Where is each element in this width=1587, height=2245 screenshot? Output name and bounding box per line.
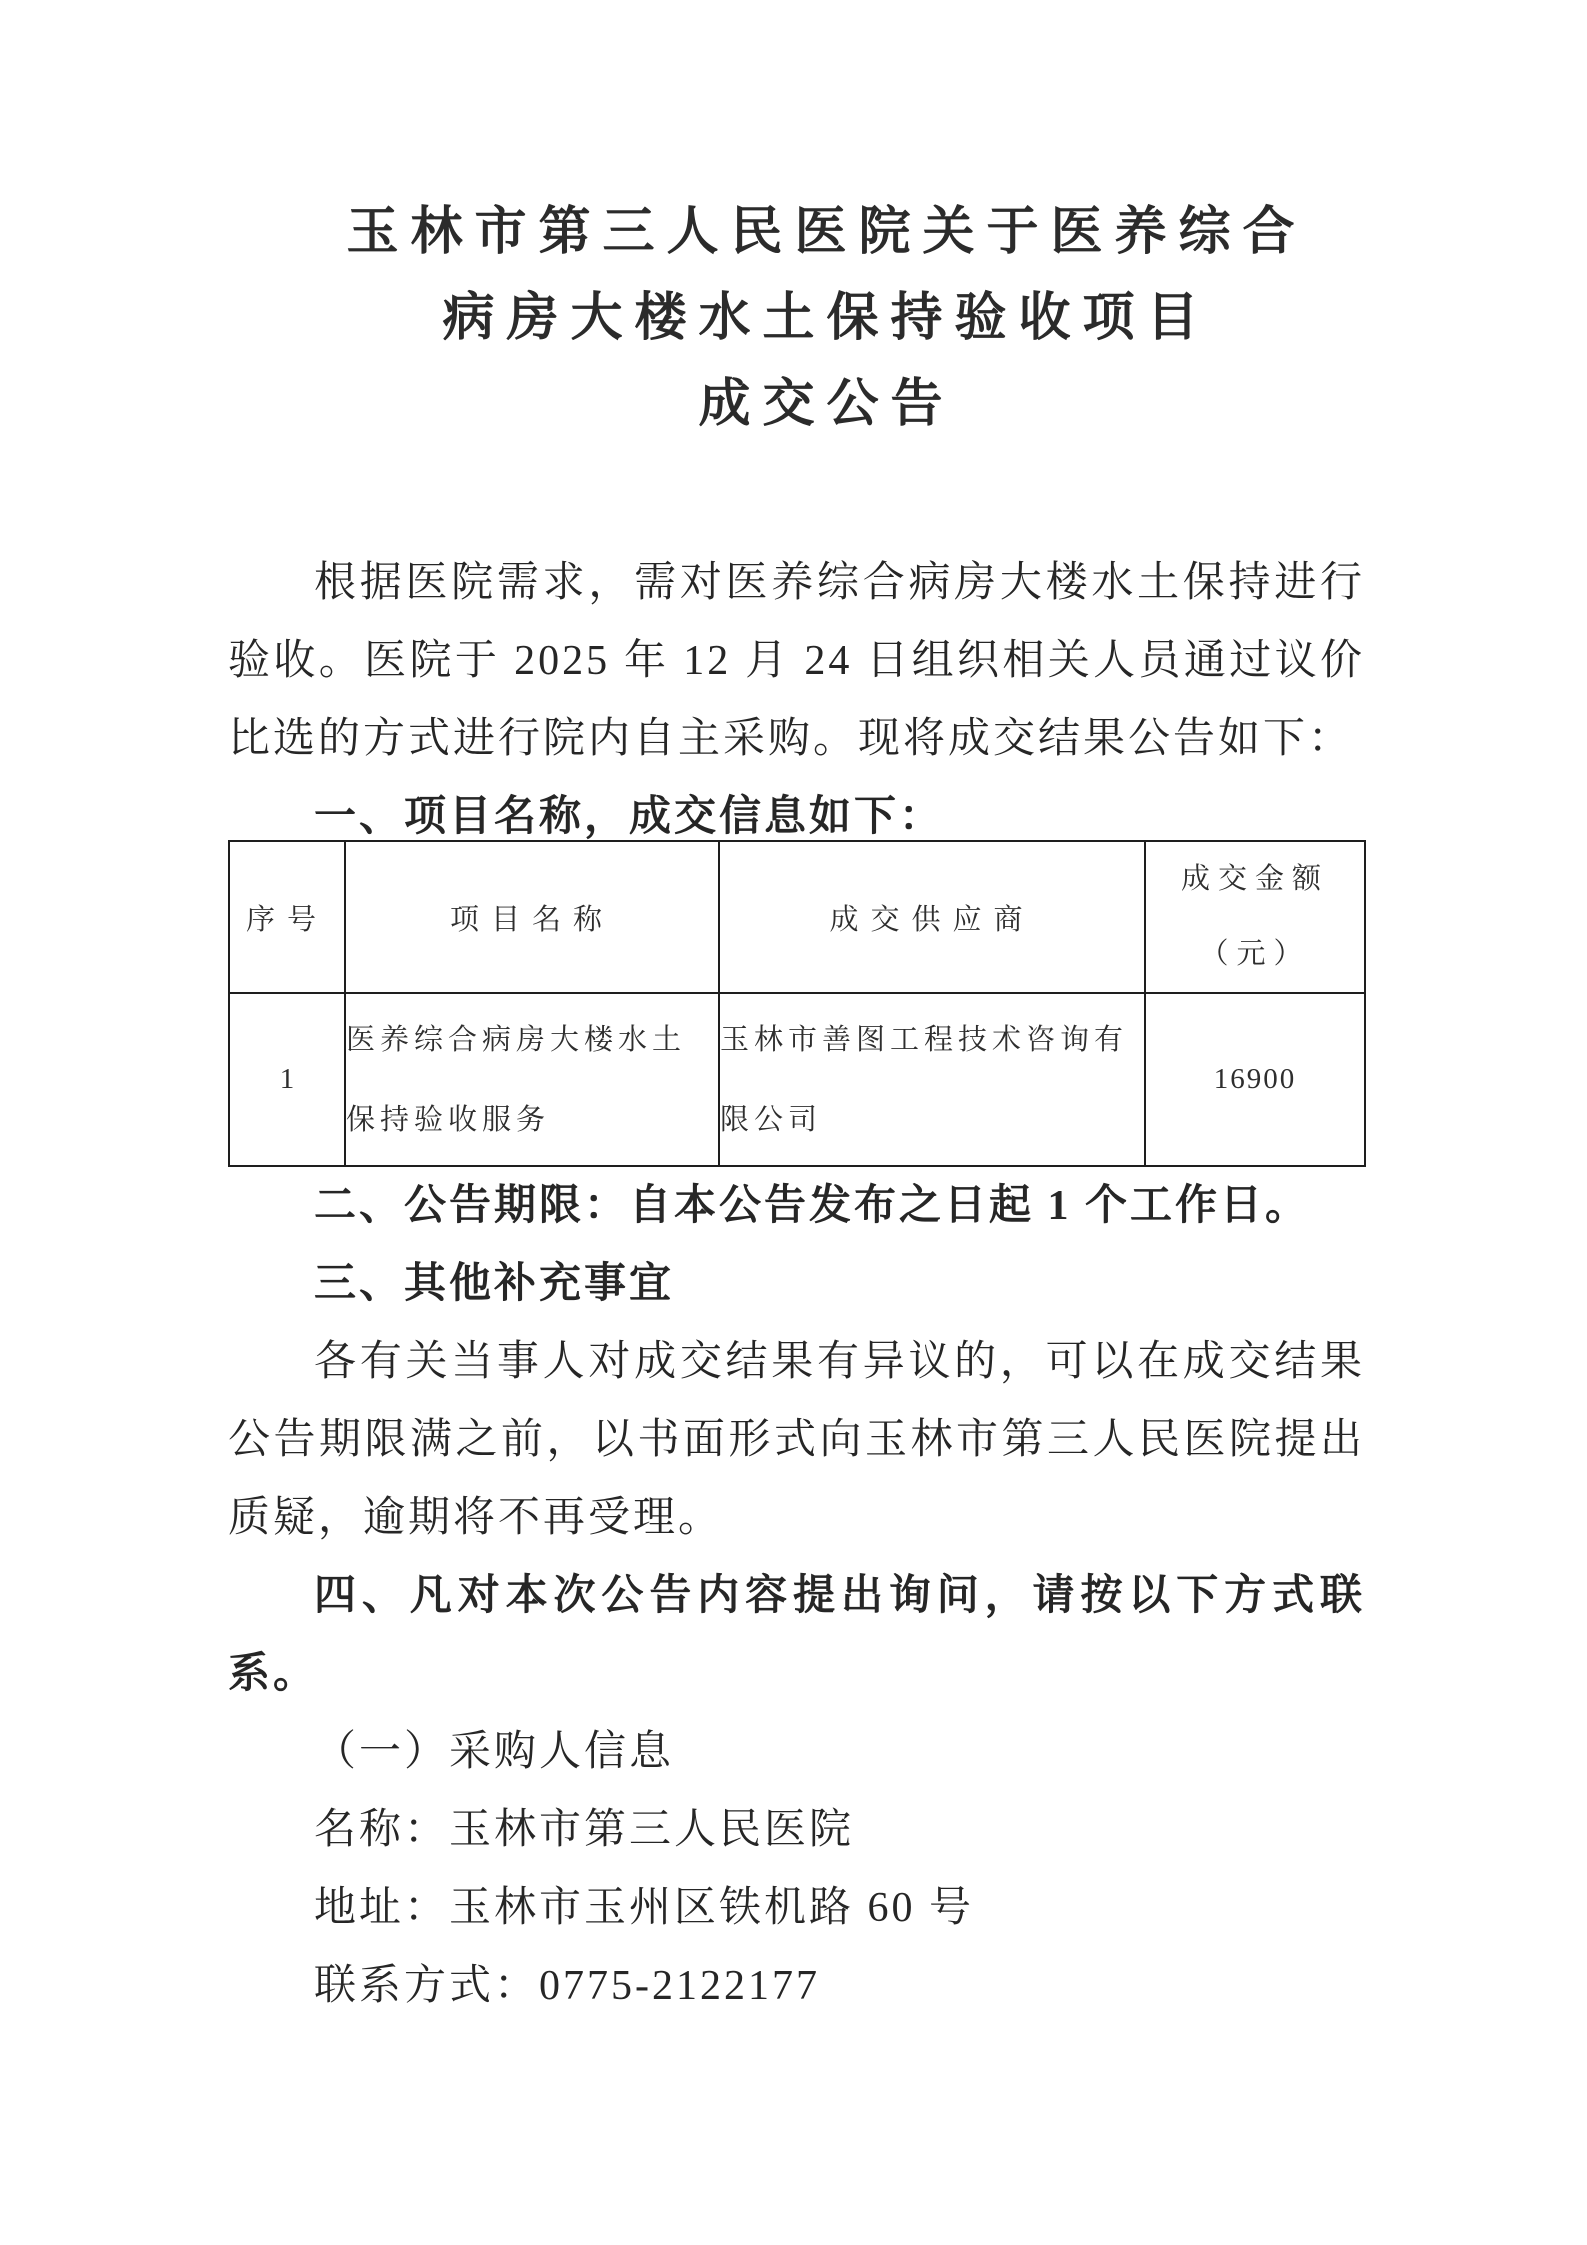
column-header-amount-line1: 成交金额	[1146, 842, 1364, 917]
cell-supplier: 玉林市善图工程技术咨询有限公司	[719, 993, 1145, 1166]
purchaser-address-line: 地址：玉林市玉州区铁机路 60 号	[228, 1869, 1365, 1947]
award-table: 序号 项目名称 成交供应商 成交金额 （元） 1 医养综合病房大楼水土保持验收服…	[228, 840, 1366, 1167]
title-line-3: 成交公告	[288, 362, 1365, 448]
purchaser-contact-line: 联系方式：0775-2122177	[228, 1947, 1365, 2025]
section4-paragraph: 四、凡对本次公告内容提出询问，请按以下方式联系。	[228, 1557, 1365, 1713]
table-row: 1 医养综合病房大楼水土保持验收服务 玉林市善图工程技术咨询有限公司 16900	[229, 993, 1365, 1166]
cell-project-name: 医养综合病房大楼水土保持验收服务	[345, 993, 719, 1166]
purchaser-name-line: 名称：玉林市第三人民医院	[228, 1791, 1365, 1869]
purchaser-info-heading: （一）采购人信息	[228, 1713, 1365, 1791]
document-title: 玉林市第三人民医院关于医养综合 病房大楼水土保持验收项目 成交公告	[228, 190, 1365, 448]
column-header-amount-line2: （元）	[1146, 917, 1364, 992]
column-header-seq: 序号	[229, 841, 345, 993]
column-header-supplier: 成交供应商	[719, 841, 1145, 993]
cell-seq: 1	[229, 993, 345, 1166]
title-line-1: 玉林市第三人民医院关于医养综合	[288, 190, 1365, 276]
table-header-row: 序号 项目名称 成交供应商 成交金额 （元）	[229, 841, 1365, 993]
cell-amount: 16900	[1145, 993, 1365, 1166]
intro-paragraph: 根据医院需求，需对医养综合病房大楼水土保持进行验收。医院于 2025 年 12 …	[228, 544, 1365, 778]
section2-line: 二、公告期限：自本公告发布之日起 1 个工作日。	[228, 1167, 1365, 1245]
title-line-2: 病房大楼水土保持验收项目	[288, 276, 1365, 362]
document-page: 玉林市第三人民医院关于医养综合 病房大楼水土保持验收项目 成交公告 根据医院需求…	[0, 0, 1587, 2245]
section3-heading: 三、其他补充事宜	[228, 1245, 1365, 1323]
column-header-project: 项目名称	[345, 841, 719, 993]
section3-paragraph: 各有关当事人对成交结果有异议的，可以在成交结果公告期限满之前，以书面形式向玉林市…	[228, 1323, 1365, 1557]
column-header-amount: 成交金额 （元）	[1145, 841, 1365, 993]
